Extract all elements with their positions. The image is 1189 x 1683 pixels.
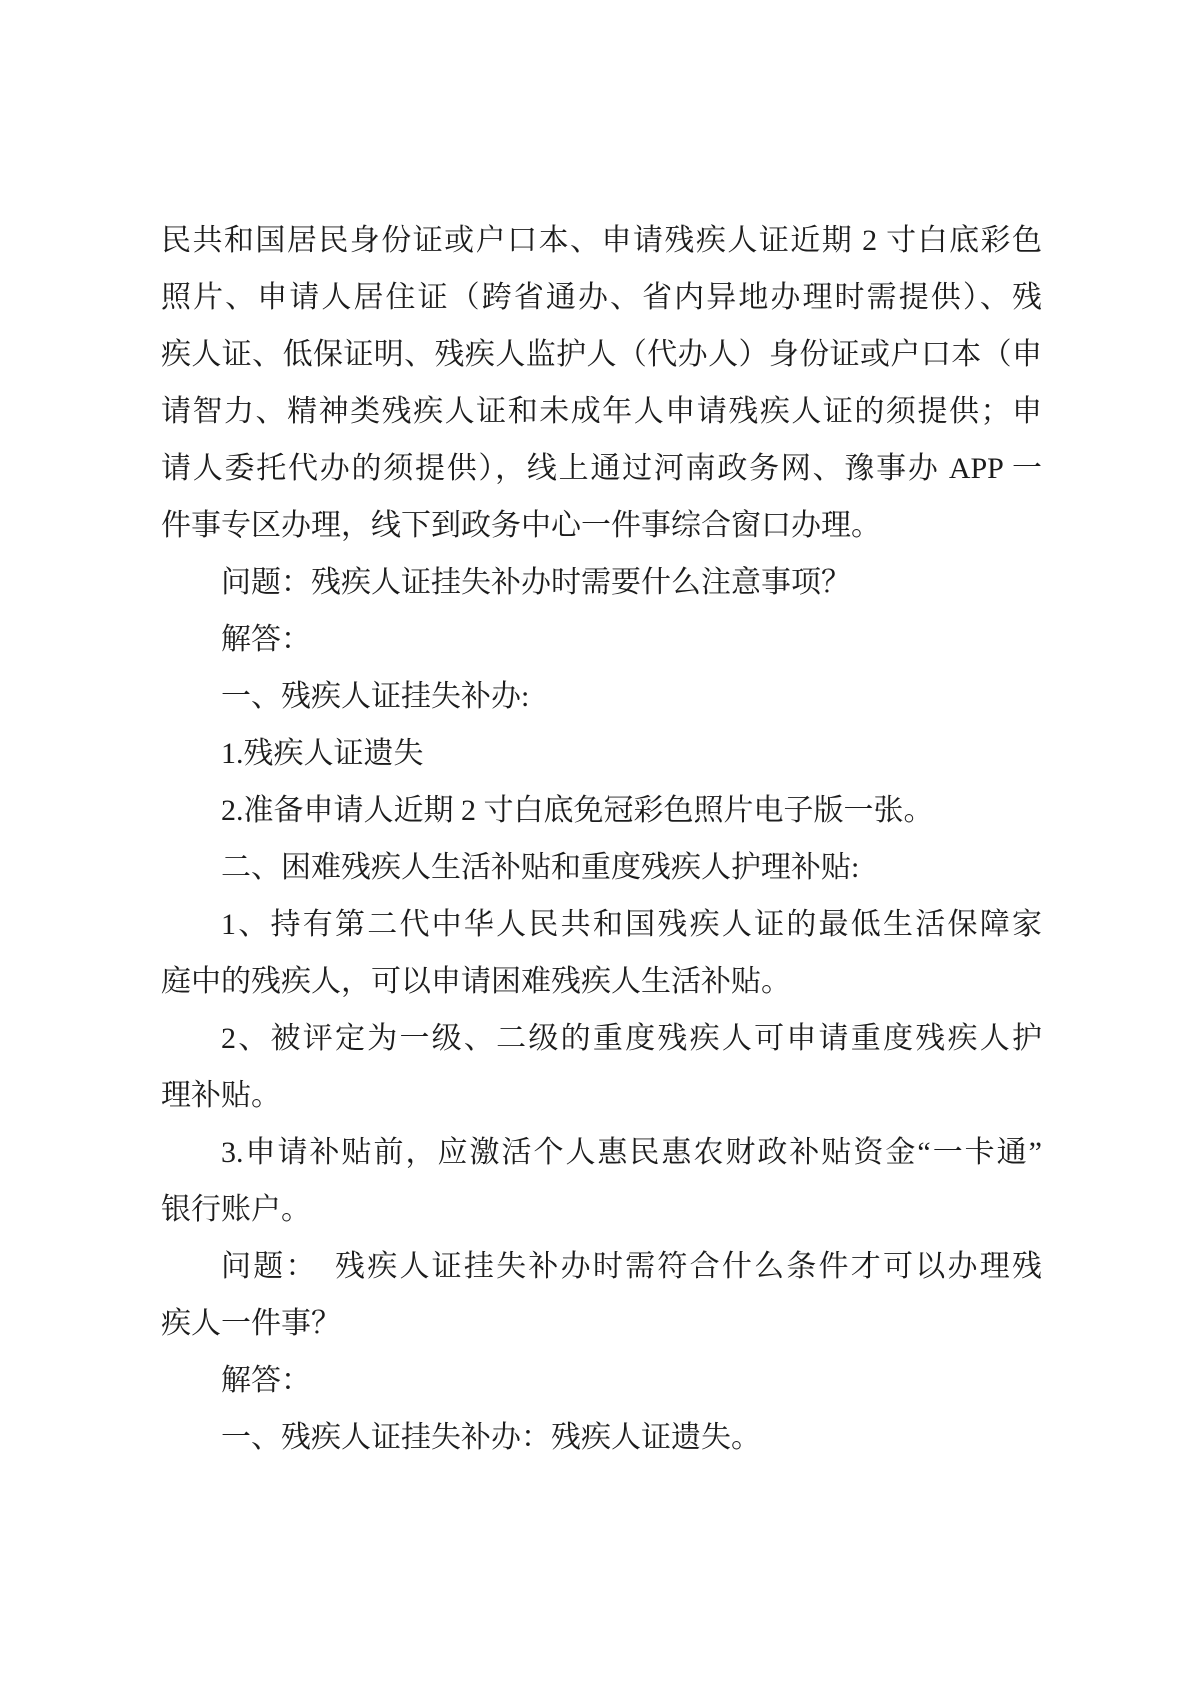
document-body: 民共和国居民身份证或户口本、申请残疾人证近期 2 寸白底彩色照片、申请人居住证（… xyxy=(161,212,1042,1466)
text-line: 问题：残疾人证挂失补办时需要什么注意事项？ xyxy=(161,554,1042,611)
text-line: 二、困难残疾人生活补贴和重度残疾人护理补贴: xyxy=(161,839,1042,896)
paragraph-item-1-2: 2.准备申请人近期 2 寸白底免冠彩色照片电子版一张。 xyxy=(161,782,1042,839)
text-line: 一、残疾人证挂失补办: xyxy=(161,668,1042,725)
paragraph-section-1-heading: 一、残疾人证挂失补办: xyxy=(161,668,1042,725)
paragraph-question-notes: 问题：残疾人证挂失补办时需要什么注意事项？ xyxy=(161,554,1042,611)
text-line: 疾人证、低保证明、残疾人监护人（代办人）身份证或户口本（申 xyxy=(161,326,1042,383)
text-line: 疾人一件事？ xyxy=(161,1295,1042,1352)
text-line: 2、被评定为一级、二级的重度残疾人可申请重度残疾人护 xyxy=(161,1010,1042,1067)
paragraph-answer-conditions: 一、残疾人证挂失补办：残疾人证遗失。 xyxy=(161,1409,1042,1466)
paragraph-section-2-heading: 二、困难残疾人生活补贴和重度残疾人护理补贴: xyxy=(161,839,1042,896)
text-line: 3.申请补贴前，应激活个人惠民惠农财政补贴资金“一卡通” xyxy=(161,1124,1042,1181)
text-line: 问题： 残疾人证挂失补办时需符合什么条件才可以办理残 xyxy=(161,1238,1042,1295)
text-line: 件事专区办理，线下到政务中心一件事综合窗口办理。 xyxy=(161,497,1042,554)
paragraph-question-conditions: 问题： 残疾人证挂失补办时需符合什么条件才可以办理残疾人一件事？ xyxy=(161,1238,1042,1352)
paragraph-answer-label-2: 解答： xyxy=(161,1352,1042,1409)
document-page: 民共和国居民身份证或户口本、申请残疾人证近期 2 寸白底彩色照片、申请人居住证（… xyxy=(0,0,1189,1683)
paragraph-item-1-1: 1.残疾人证遗失 xyxy=(161,725,1042,782)
paragraph-answer-label-1: 解答： xyxy=(161,611,1042,668)
text-line: 解答： xyxy=(161,611,1042,668)
text-line: 照片、申请人居住证（跨省通办、省内异地办理时需提供）、残 xyxy=(161,269,1042,326)
paragraph-item-2-1: 1、持有第二代中华人民共和国残疾人证的最低生活保障家庭中的残疾人，可以申请困难残… xyxy=(161,896,1042,1010)
text-line: 银行账户。 xyxy=(161,1181,1042,1238)
paragraph-item-2-2: 2、被评定为一级、二级的重度残疾人可申请重度残疾人护理补贴。 xyxy=(161,1010,1042,1124)
text-line: 解答： xyxy=(161,1352,1042,1409)
text-line: 请智力、精神类残疾人证和未成年人申请残疾人证的须提供；申 xyxy=(161,383,1042,440)
paragraph-item-2-3: 3.申请补贴前，应激活个人惠民惠农财政补贴资金“一卡通”银行账户。 xyxy=(161,1124,1042,1238)
text-line: 理补贴。 xyxy=(161,1067,1042,1124)
text-line: 请人委托代办的须提供），线上通过河南政务网、豫事办 APP 一 xyxy=(161,440,1042,497)
text-line: 1.残疾人证遗失 xyxy=(161,725,1042,782)
text-line: 庭中的残疾人，可以申请困难残疾人生活补贴。 xyxy=(161,953,1042,1010)
text-line: 2.准备申请人近期 2 寸白底免冠彩色照片电子版一张。 xyxy=(161,782,1042,839)
text-line: 一、残疾人证挂失补办：残疾人证遗失。 xyxy=(161,1409,1042,1466)
paragraph-continuation-materials: 民共和国居民身份证或户口本、申请残疾人证近期 2 寸白底彩色照片、申请人居住证（… xyxy=(161,212,1042,554)
text-line: 民共和国居民身份证或户口本、申请残疾人证近期 2 寸白底彩色 xyxy=(161,212,1042,269)
text-line: 1、持有第二代中华人民共和国残疾人证的最低生活保障家 xyxy=(161,896,1042,953)
